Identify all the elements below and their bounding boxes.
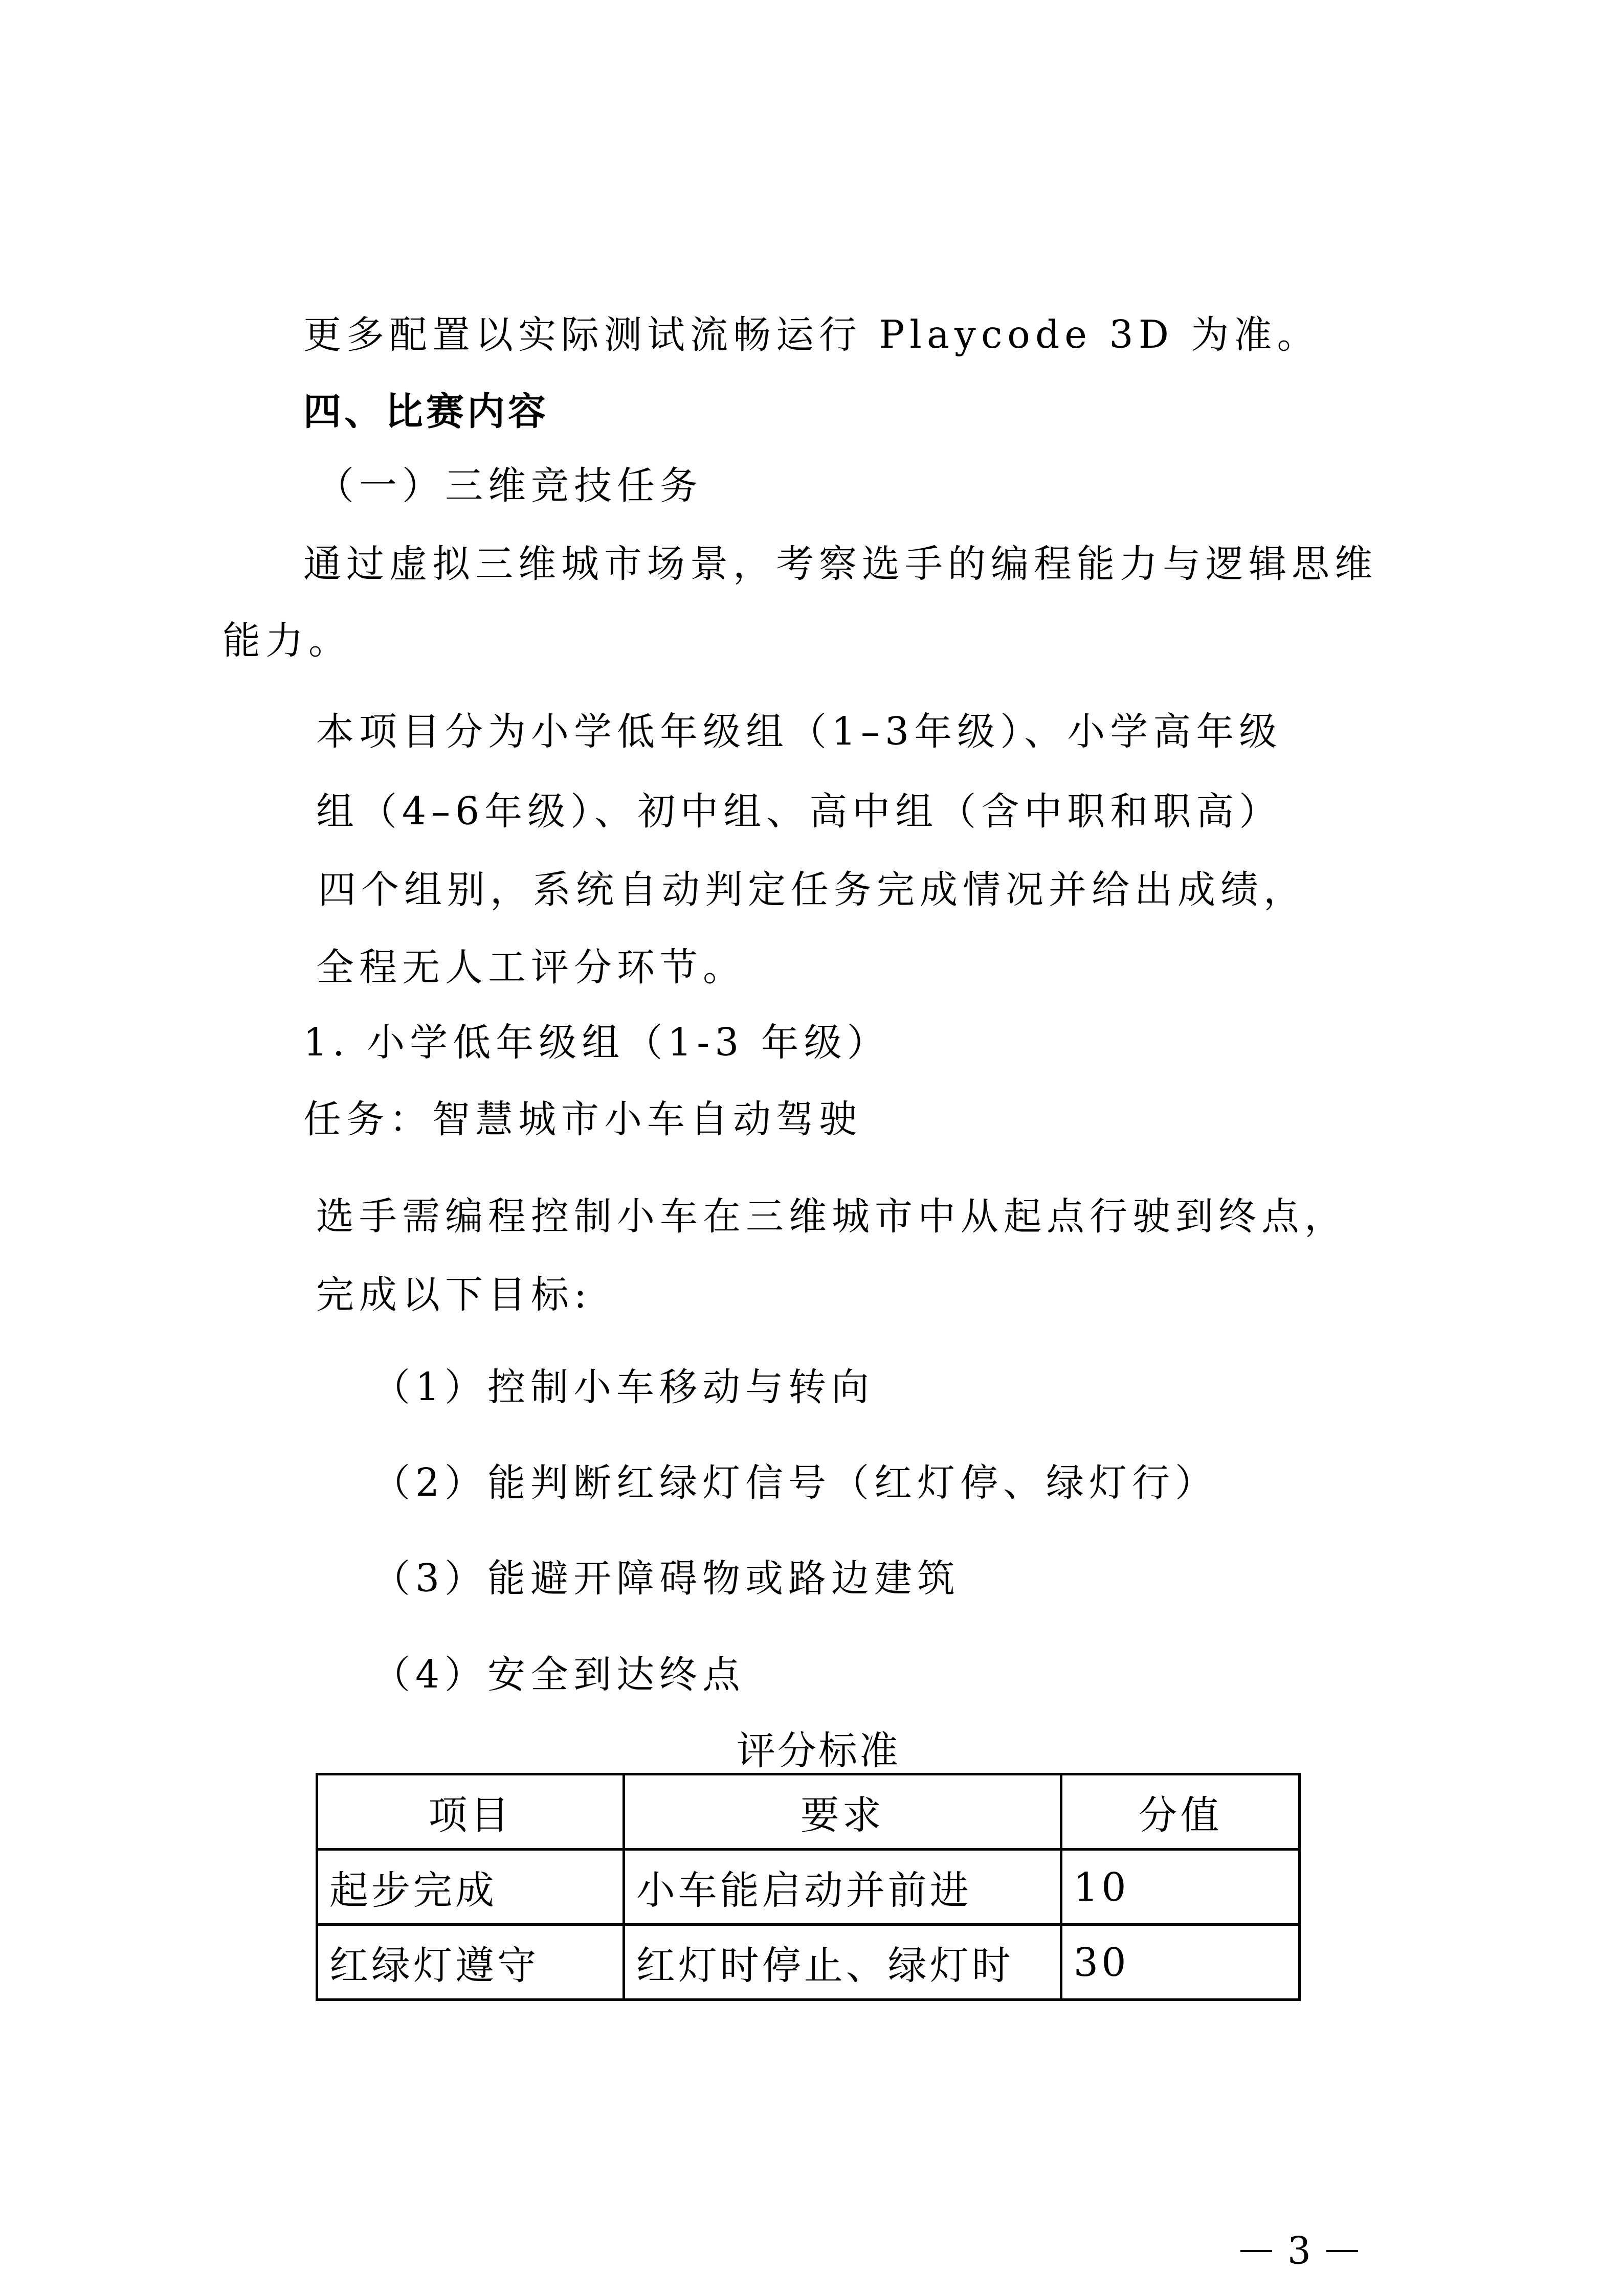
intro-paragraph-line-1: 通过虚拟三维城市场景，考察选手的编程能力与逻辑思维 <box>303 538 1377 590</box>
groups-paragraph-line-4: 全程无人工评分环节。 <box>316 942 746 993</box>
section-heading: 四、比赛内容 <box>303 386 549 437</box>
table-caption: 评分标准 <box>737 1725 900 1776</box>
table-header-row: 项目 要求 分值 <box>317 1774 1300 1850</box>
task-description-line-2: 完成以下目标: <box>316 1269 592 1320</box>
page-number-dash-right <box>1326 2250 1358 2252</box>
cell-requirement: 小车能启动并前进 <box>624 1850 1061 1925</box>
config-note: 更多配置以实际测试流畅运行 Playcode 3D 为准。 <box>303 309 1320 361</box>
cell-requirement: 红灯时停止、绿灯时 <box>624 1925 1061 2000</box>
column-header-score: 分值 <box>1061 1774 1299 1850</box>
table-row: 红绿灯遵守 红灯时停止、绿灯时 30 <box>317 1925 1300 2000</box>
subsection-heading: （一）三维竞技任务 <box>316 460 703 511</box>
cell-item: 起步完成 <box>317 1850 624 1925</box>
task-description-line-1: 选手需编程控制小车在三维城市中从起点行驶到终点， <box>316 1191 1347 1242</box>
scoring-table: 项目 要求 分值 起步完成 小车能启动并前进 10 红绿灯遵守 红灯时停止、绿灯… <box>316 1773 1301 2001</box>
cell-score: 10 <box>1061 1850 1299 1925</box>
groups-paragraph-line-3: 四个组别，系统自动判定任务完成情况并给出成绩， <box>318 864 1306 915</box>
table-row: 起步完成 小车能启动并前进 10 <box>317 1850 1300 1925</box>
page-number-value: 3 <box>1287 2228 1311 2274</box>
goal-item: （2）能判断红绿灯信号（红灯停、绿灯行） <box>372 1457 1218 1509</box>
goal-item: （1）控制小车移动与转向 <box>372 1362 874 1413</box>
column-header-requirement: 要求 <box>624 1774 1061 1850</box>
goal-item: （4）安全到达终点 <box>372 1649 745 1700</box>
page-number-dash-left <box>1240 2250 1272 2252</box>
column-header-item: 项目 <box>317 1774 624 1850</box>
groups-paragraph-line-1: 本项目分为小学低年级组（1–3年级）、小学高年级 <box>316 706 1282 757</box>
task-title: 任务：智慧城市小车自动驾驶 <box>303 1094 862 1145</box>
goal-item: （3）能避开障碍物或路边建筑 <box>372 1553 960 1604</box>
groups-paragraph-line-2: 组（4–6年级）、初中组、高中组（含中职和职高） <box>316 786 1282 837</box>
cell-score: 30 <box>1061 1925 1299 2000</box>
intro-paragraph-line-2: 能力。 <box>223 615 351 666</box>
cell-item: 红绿灯遵守 <box>317 1925 624 2000</box>
page-number: 3 <box>1240 2228 1358 2274</box>
group-1-title: 1. 小学低年级组（1-3 年级） <box>303 1017 890 1068</box>
